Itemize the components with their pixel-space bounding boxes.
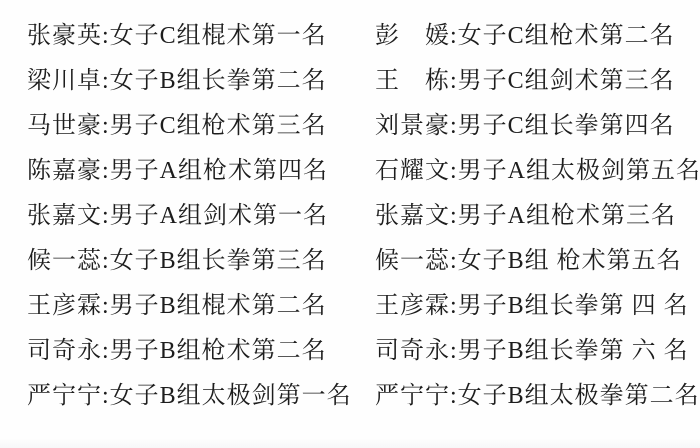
award-line: 严宁宁:女子B组太极拳第二名 [375,374,700,419]
award-line: 严宁宁:女子B组太极剑第一名 [27,374,352,419]
award-line: 王 栋:男子C组剑术第三名 [375,59,700,104]
award-line: 石耀文:男子A组太极剑第五名 [375,149,700,194]
award-line: 司奇永:男子B组长拳第 六 名 [375,329,700,374]
scanned-document-page: { "document": { "background_color": "#fe… [0,0,700,448]
award-line: 张嘉文:男子A组枪术第三名 [375,194,700,239]
award-line: 候一蕊:女子B组 枪术第五名 [375,239,700,284]
award-line: 王彦霖:男子B组棍术第二名 [27,284,352,329]
award-line: 梁川卓:女子B组长拳第二名 [27,59,352,104]
scan-artifact-smudge [0,438,700,448]
award-line: 马世豪:男子C组枪术第三名 [27,104,352,149]
award-line: 司奇永:男子B组枪术第二名 [27,329,352,374]
award-line: 候一蕊:女子B组长拳第三名 [27,239,352,284]
award-column-left: 张豪英:女子C组棍术第一名 梁川卓:女子B组长拳第二名 马世豪:男子C组枪术第三… [27,14,352,419]
award-column-right: 彭 媛:女子C组枪术第二名 王 栋:男子C组剑术第三名 刘景豪:男子C组长拳第四… [375,14,700,419]
award-line: 彭 媛:女子C组枪术第二名 [375,14,700,59]
award-results-list: 张豪英:女子C组棍术第一名 梁川卓:女子B组长拳第二名 马世豪:男子C组枪术第三… [0,0,700,448]
award-line: 张嘉文:男子A组剑术第一名 [27,194,352,239]
award-line: 刘景豪:男子C组长拳第四名 [375,104,700,149]
award-line: 王彦霖:男子B组长拳第 四 名 [375,284,700,329]
award-line: 张豪英:女子C组棍术第一名 [27,14,352,59]
award-line: 陈嘉豪:男子A组枪术第四名 [27,149,352,194]
